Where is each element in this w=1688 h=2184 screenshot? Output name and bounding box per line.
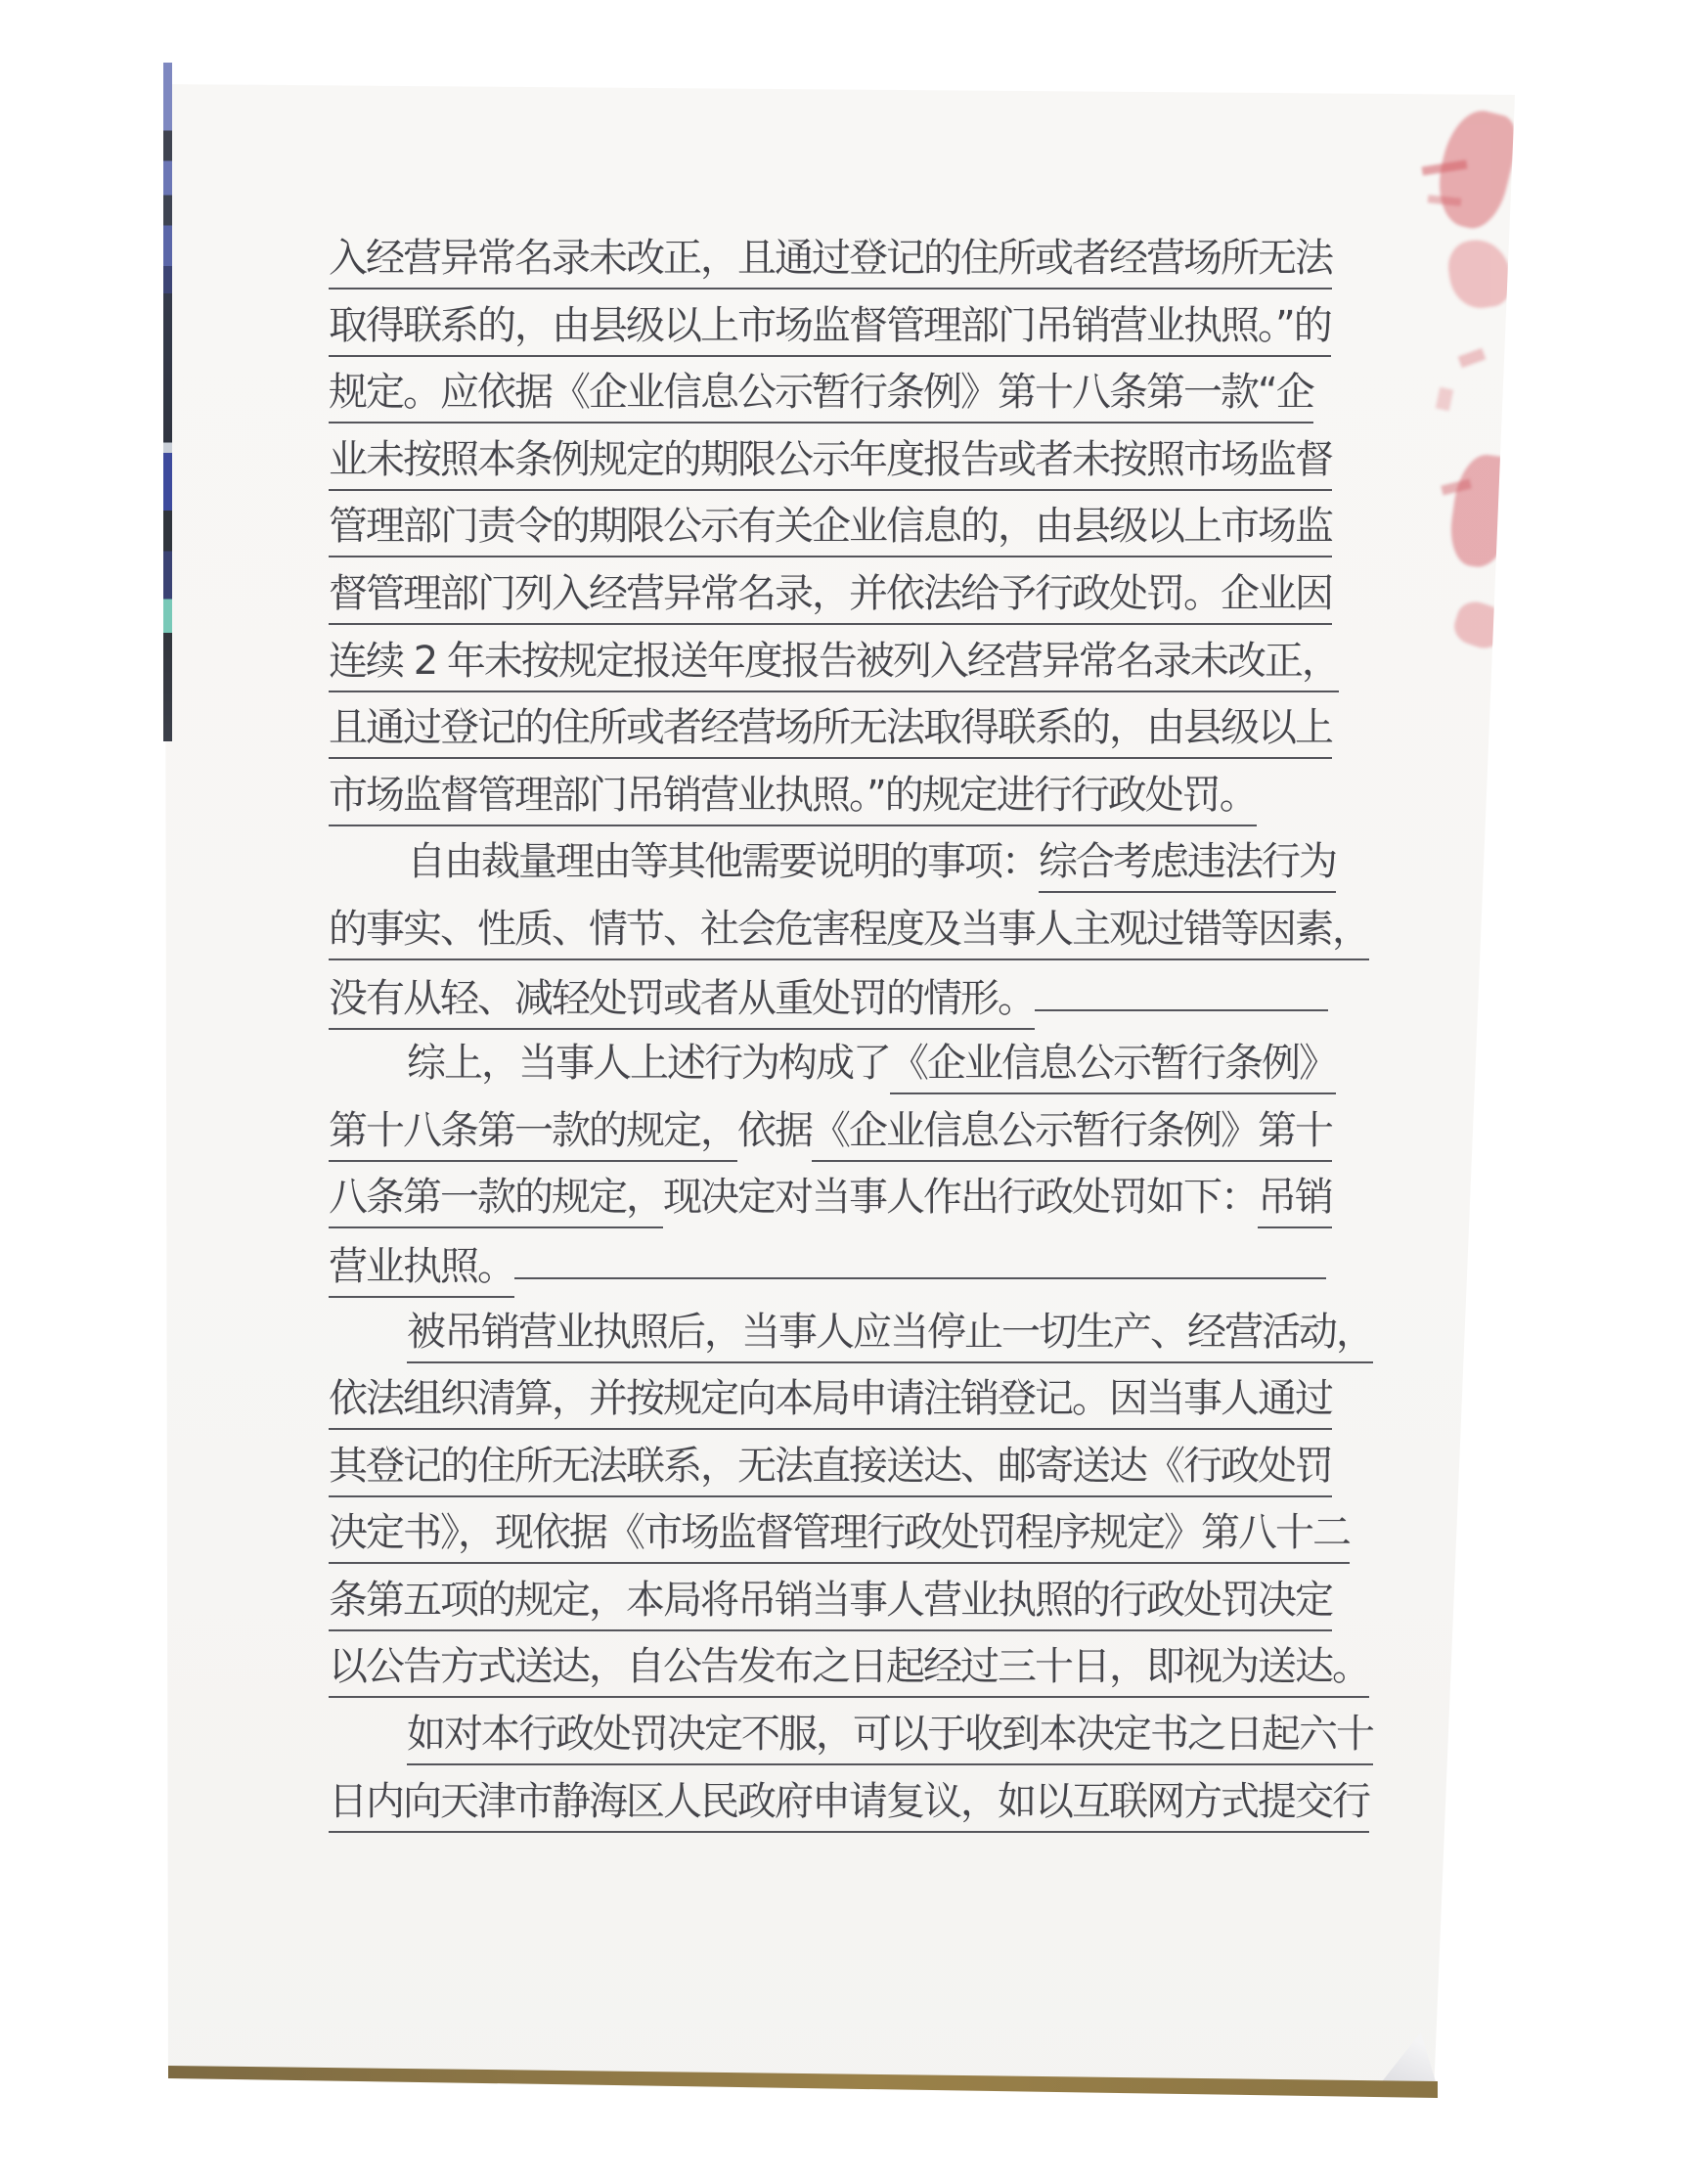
text-line: 如对本行政处罚决定不服，可以于收到本决定书之日起六十 xyxy=(329,1701,1346,1768)
scanned-document-photo: 入经营异常名录未改正，且通过登记的住所或者经营场所无法取得联系的，由县级以上市场… xyxy=(0,0,1688,2184)
underlined-text-segment: 市场监督管理部门吊销营业执照。”的规定进行行政处罚。 xyxy=(329,773,1257,826)
stamp-mark xyxy=(1445,451,1521,571)
stamp-mark xyxy=(1449,597,1509,652)
underlined-text-segment: 条第五项的规定，本局将吊销当事人营业执照的行政处罚决定 xyxy=(329,1578,1332,1631)
text-line: 其登记的住所无法联系，无法直接送达、邮寄送达《行政处罚 xyxy=(329,1433,1346,1500)
underlined-text-segment: 以公告方式送达，自公告发布之日起经过三十日，即视为送达。 xyxy=(329,1644,1369,1698)
underlined-text-segment: 八条第一款的规定， xyxy=(329,1175,663,1228)
text-line: 市场监督管理部门吊销营业执照。”的规定进行行政处罚。 xyxy=(329,762,1346,829)
underlined-text-segment: 督管理部门列入经营异常名录，并依法给予行政处罚。企业因 xyxy=(329,571,1332,625)
underlined-text-segment: 的事实、性质、情节、社会危害程度及当事人主观过错等因素， xyxy=(329,907,1369,960)
text-line: 决定书》，现依据《市场监督管理行政处罚程序规定》第八十二 xyxy=(329,1499,1346,1567)
page-stack-left-edge xyxy=(163,63,172,741)
text-line: 连续 2 年未按规定报送年度报告被列入经营异常名录未改正， xyxy=(329,628,1346,695)
underlined-text-segment xyxy=(1035,963,1328,1011)
text-line: 日内向天津市静海区人民政府申请复议，如以互联网方式提交行 xyxy=(329,1768,1346,1836)
red-seal-stamp-fragment xyxy=(1420,103,1518,670)
text-segment: 综上，当事人上述行为构成了 xyxy=(407,1041,890,1086)
text-line: 督管理部门列入经营异常名录，并依法给予行政处罚。企业因 xyxy=(329,560,1346,628)
underlined-text-segment: 综合考虑违法行为 xyxy=(1039,839,1336,893)
underlined-text-segment: 第十八条第一款的规定， xyxy=(329,1108,737,1162)
text-line: 且通过登记的住所或者经营场所无法取得联系的，由县级以上 xyxy=(329,694,1346,762)
text-line: 入经营异常名录未改正，且通过登记的住所或者经营场所无法 xyxy=(329,225,1346,292)
stamp-mark xyxy=(1444,236,1514,312)
underlined-text-segment: 吊销 xyxy=(1258,1175,1332,1228)
text-line: 以公告方式送达，自公告发布之日起经过三十日，即视为送达。 xyxy=(329,1633,1346,1701)
underlined-text-segment: 依法组织清算，并按规定向本局申请注销登记。因当事人通过 xyxy=(329,1376,1332,1430)
underlined-text-segment xyxy=(514,1231,1326,1279)
text-line: 八条第一款的规定，现决定对当事人作出行政处罚如下：吊销 xyxy=(329,1164,1346,1231)
underlined-text-segment: 《企业信息公示暂行条例》第十 xyxy=(812,1108,1332,1162)
text-line: 营业执照。 xyxy=(329,1231,1346,1299)
text-segment: 自由裁量理由等其他需要说明的事项： xyxy=(407,839,1039,884)
text-line: 第十八条第一款的规定，依据《企业信息公示暂行条例》第十 xyxy=(329,1097,1346,1165)
text-line: 业未按照本条例规定的期限公示年度报告或者未按照市场监督 xyxy=(329,426,1346,494)
stamp-mark xyxy=(1436,387,1453,411)
underlined-text-segment: 没有从轻、减轻处罚或者从重处罚的情形。 xyxy=(329,976,1035,1030)
underlined-text-segment: 入经营异常名录未改正，且通过登记的住所或者经营场所无法 xyxy=(329,236,1332,290)
underlined-text-segment: 管理部门责令的期限公示有关企业信息的，由县级以上市场监 xyxy=(329,504,1332,557)
underlined-text-segment: 营业执照。 xyxy=(329,1244,514,1298)
text-line: 没有从轻、减轻处罚或者从重处罚的情形。 xyxy=(329,963,1346,1031)
text-line: 管理部门责令的期限公示有关企业信息的，由县级以上市场监 xyxy=(329,493,1346,560)
text-line: 取得联系的，由县级以上市场监督管理部门吊销营业执照。”的 xyxy=(329,292,1346,360)
underlined-text-segment: 且通过登记的住所或者经营场所无法取得联系的，由县级以上 xyxy=(329,705,1332,759)
underlined-text-segment: 连续 2 年未按规定报送年度报告被列入经营异常名录未改正， xyxy=(329,639,1339,692)
text-line: 的事实、性质、情节、社会危害程度及当事人主观过错等因素， xyxy=(329,896,1346,963)
text-segment: 依据 xyxy=(737,1108,812,1153)
text-line: 规定。应依据《企业信息公示暂行条例》第十八条第一款“企 xyxy=(329,359,1346,426)
text-line: 综上，当事人上述行为构成了《企业信息公示暂行条例》 xyxy=(329,1030,1346,1097)
stamp-mark xyxy=(1458,348,1487,368)
underlined-text-segment: 业未按照本条例规定的期限公示年度报告或者未按照市场监督 xyxy=(329,437,1332,491)
text-line: 条第五项的规定，本局将吊销当事人营业执照的行政处罚决定 xyxy=(329,1567,1346,1634)
underlined-text-segment: 被吊销营业执照后，当事人应当停止一切生产、经营活动， xyxy=(407,1310,1373,1363)
underlined-text-segment: 决定书》，现依据《市场监督管理行政处罚程序规定》第八十二 xyxy=(329,1510,1350,1564)
paper-sheet: 入经营异常名录未改正，且通过登记的住所或者经营场所无法取得联系的，由县级以上市场… xyxy=(0,0,1688,2184)
text-line: 依法组织清算，并按规定向本局申请注销登记。因当事人通过 xyxy=(329,1365,1346,1433)
underlined-text-segment: 其登记的住所无法联系，无法直接送达、邮寄送达《行政处罚 xyxy=(329,1444,1332,1497)
text-line: 被吊销营业执照后，当事人应当停止一切生产、经营活动， xyxy=(329,1299,1346,1366)
underlined-text-segment: 规定。应依据《企业信息公示暂行条例》第十八条第一款“企 xyxy=(329,370,1313,423)
underlined-text-segment: 《企业信息公示暂行条例》 xyxy=(890,1041,1336,1094)
text-block: 入经营异常名录未改正，且通过登记的住所或者经营场所无法取得联系的，由县级以上市场… xyxy=(329,225,1346,1835)
underlined-text-segment: 日内向天津市静海区人民政府申请复议，如以互联网方式提交行 xyxy=(329,1779,1369,1833)
underlined-text-segment: 如对本行政处罚决定不服，可以于收到本决定书之日起六十 xyxy=(407,1712,1373,1765)
text-line: 自由裁量理由等其他需要说明的事项：综合考虑违法行为 xyxy=(329,828,1346,896)
underlined-text-segment: 取得联系的，由县级以上市场监督管理部门吊销营业执照。”的 xyxy=(329,303,1331,357)
text-segment: 现决定对当事人作出行政处罚如下： xyxy=(663,1175,1258,1220)
